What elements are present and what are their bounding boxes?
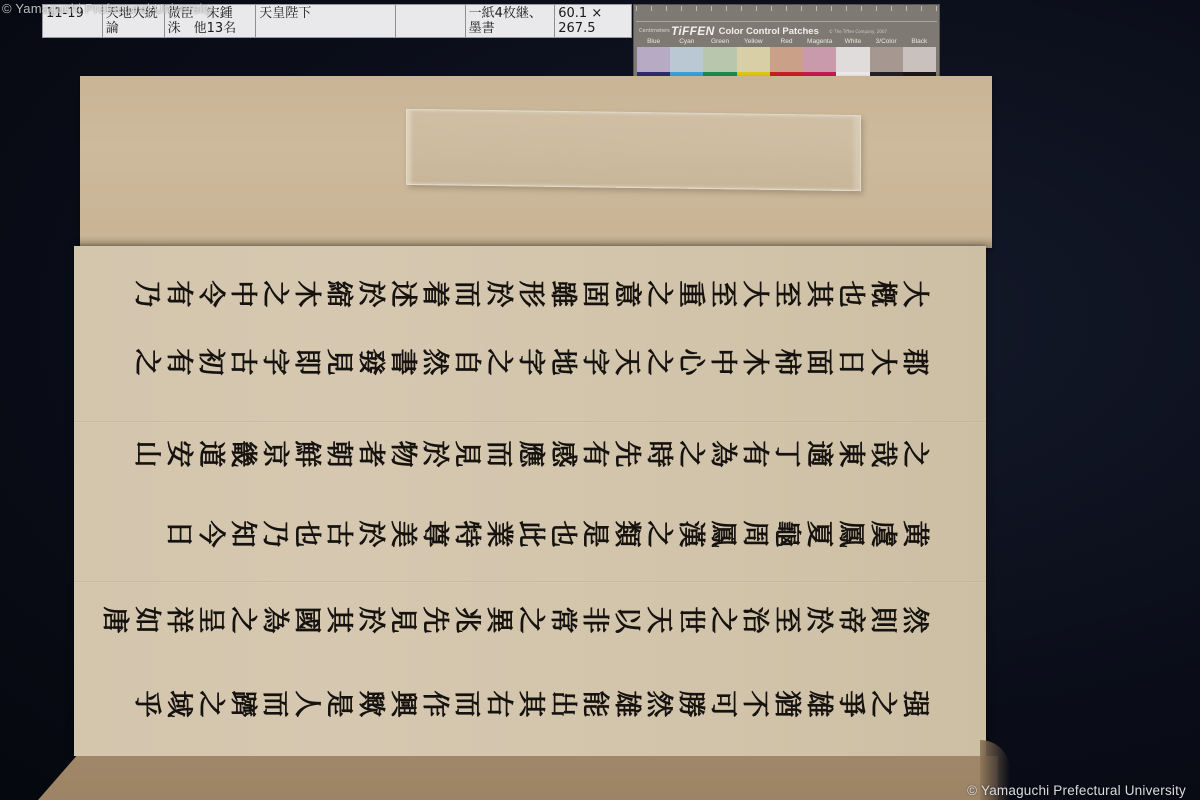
glyph: 大 xyxy=(866,346,898,378)
glyph: 鳳 xyxy=(834,518,866,550)
glyph: 固 xyxy=(578,278,610,310)
text-column: 郡大日面柿木中心之天字地字之自然書發見即字古初有之 xyxy=(130,342,930,382)
glyph: 大 xyxy=(898,278,930,310)
glyph: 之 xyxy=(642,278,674,310)
glyph: 可 xyxy=(706,688,738,720)
glyph: 哉 xyxy=(866,438,898,470)
text-column: 黄虞鳳夏龜周鳳漢之類是也此業特尊美於古也乃知今日 xyxy=(162,514,930,554)
glyph: 字 xyxy=(578,346,610,378)
document-scroll: 大槪也其至大至重之意固雖形於而着述於縮木之中令有乃 郡大日面柿木中心之天字地字之… xyxy=(0,0,1200,800)
glyph: 畿 xyxy=(226,438,258,470)
glyph: 之 xyxy=(226,604,258,636)
glyph: 虞 xyxy=(866,518,898,550)
calligraphy-text: 大槪也其至大至重之意固雖形於而着述於縮木之中令有乃 郡大日面柿木中心之天字地字之… xyxy=(96,262,966,750)
glyph: 之 xyxy=(642,346,674,378)
glyph: 而 xyxy=(450,688,482,720)
glyph: 形 xyxy=(514,278,546,310)
glyph: 於 xyxy=(354,604,386,636)
glyph: 朝 xyxy=(322,438,354,470)
glyph: 而 xyxy=(258,688,290,720)
glyph: 縮 xyxy=(322,278,354,310)
glyph: 出 xyxy=(546,688,578,720)
glyph: 見 xyxy=(386,604,418,636)
glyph: 然 xyxy=(418,346,450,378)
glyph: 之 xyxy=(706,604,738,636)
glyph: 應 xyxy=(514,438,546,470)
glyph: 則 xyxy=(866,604,898,636)
glyph: 强 xyxy=(898,688,930,720)
glyph: 此 xyxy=(514,518,546,550)
glyph: 於 xyxy=(418,438,450,470)
glyph: 尊 xyxy=(418,518,450,550)
glyph: 至 xyxy=(770,278,802,310)
glyph: 如 xyxy=(130,604,162,636)
glyph: 其 xyxy=(514,688,546,720)
glyph: 槪 xyxy=(866,278,898,310)
glyph: 也 xyxy=(546,518,578,550)
glyph: 為 xyxy=(706,438,738,470)
glyph: 爭 xyxy=(834,688,866,720)
glyph: 然 xyxy=(898,604,930,636)
glyph: 知 xyxy=(226,518,258,550)
glyph: 意 xyxy=(610,278,642,310)
glyph: 面 xyxy=(802,346,834,378)
glyph: 唐 xyxy=(98,604,130,636)
glyph: 感 xyxy=(546,438,578,470)
watermark-bottom: © Yamaguchi Prefectural University xyxy=(967,783,1186,798)
glyph: 安 xyxy=(162,438,194,470)
glyph: 人 xyxy=(290,688,322,720)
glyph: 兆 xyxy=(450,604,482,636)
glyph: 先 xyxy=(610,438,642,470)
glyph: 丁 xyxy=(770,438,802,470)
glyph: 日 xyxy=(162,518,194,550)
glyph: 京 xyxy=(258,438,290,470)
glyph: 字 xyxy=(258,346,290,378)
glyph: 乎 xyxy=(130,688,162,720)
text-column: 之哉東適丁有為之時先有感應而見於物者朝鮮京畿道安山 xyxy=(130,434,930,474)
glyph: 類 xyxy=(610,518,642,550)
glyph: 業 xyxy=(482,518,514,550)
glyph: 雖 xyxy=(546,278,578,310)
glyph: 於 xyxy=(354,278,386,310)
glyph: 古 xyxy=(322,518,354,550)
text-column: 大槪也其至大至重之意固雖形於而着述於縮木之中令有乃 xyxy=(130,274,930,314)
glyph: 郡 xyxy=(898,346,930,378)
glyph: 道 xyxy=(194,438,226,470)
glyph: 之 xyxy=(130,346,162,378)
glyph: 日 xyxy=(834,346,866,378)
glyph: 也 xyxy=(290,518,322,550)
glyph: 雄 xyxy=(610,688,642,720)
glyph: 之 xyxy=(674,438,706,470)
glyph: 世 xyxy=(674,604,706,636)
glyph: 之 xyxy=(482,346,514,378)
glyph: 乃 xyxy=(130,278,162,310)
glyph: 古 xyxy=(226,346,258,378)
glyph: 柿 xyxy=(770,346,802,378)
glyph: 先 xyxy=(418,604,450,636)
glyph: 至 xyxy=(770,604,802,636)
glyph: 而 xyxy=(450,278,482,310)
glyph: 治 xyxy=(738,604,770,636)
glyph: 祥 xyxy=(162,604,194,636)
glyph: 見 xyxy=(450,438,482,470)
glyph: 初 xyxy=(194,346,226,378)
glyph: 歟 xyxy=(354,688,386,720)
glyph: 帝 xyxy=(834,604,866,636)
glyph: 即 xyxy=(290,346,322,378)
text-column: 强之爭雄猶不可勝然雄能出其右而作興歟是人而躋之域乎 xyxy=(130,684,930,724)
glyph: 右 xyxy=(482,688,514,720)
glyph: 為 xyxy=(258,604,290,636)
glyph: 天 xyxy=(610,346,642,378)
glyph: 也 xyxy=(834,278,866,310)
glyph: 令 xyxy=(194,278,226,310)
glyph: 東 xyxy=(834,438,866,470)
glyph: 鮮 xyxy=(290,438,322,470)
glyph: 其 xyxy=(802,278,834,310)
glyph: 木 xyxy=(290,278,322,310)
glyph: 非 xyxy=(578,604,610,636)
glyph: 者 xyxy=(354,438,386,470)
glyph: 字 xyxy=(514,346,546,378)
glyph: 之 xyxy=(866,688,898,720)
glyph: 異 xyxy=(482,604,514,636)
glyph: 物 xyxy=(386,438,418,470)
glyph: 書 xyxy=(386,346,418,378)
glyph: 於 xyxy=(802,604,834,636)
glyph: 適 xyxy=(802,438,834,470)
glyph: 於 xyxy=(354,518,386,550)
glyph: 之 xyxy=(194,688,226,720)
glyph: 域 xyxy=(162,688,194,720)
glyph: 是 xyxy=(322,688,354,720)
glyph: 有 xyxy=(162,346,194,378)
glyph: 是 xyxy=(578,518,610,550)
glyph: 見 xyxy=(322,346,354,378)
glyph: 地 xyxy=(546,346,578,378)
glyph: 以 xyxy=(610,604,642,636)
glyph: 躋 xyxy=(226,688,258,720)
glyph: 中 xyxy=(706,346,738,378)
glyph: 着 xyxy=(418,278,450,310)
glyph: 黄 xyxy=(898,518,930,550)
glyph: 國 xyxy=(290,604,322,636)
glyph: 心 xyxy=(674,346,706,378)
glyph: 猶 xyxy=(770,688,802,720)
glyph: 勝 xyxy=(674,688,706,720)
glyph: 天 xyxy=(642,604,674,636)
glyph: 有 xyxy=(578,438,610,470)
glyph: 有 xyxy=(162,278,194,310)
glyph: 中 xyxy=(226,278,258,310)
glyph: 特 xyxy=(450,518,482,550)
glyph: 自 xyxy=(450,346,482,378)
glyph: 今 xyxy=(194,518,226,550)
glyph: 興 xyxy=(386,688,418,720)
glyph: 常 xyxy=(546,604,578,636)
glyph: 美 xyxy=(386,518,418,550)
glyph: 之 xyxy=(258,278,290,310)
glyph: 作 xyxy=(418,688,450,720)
glyph: 周 xyxy=(738,518,770,550)
glyph: 雄 xyxy=(802,688,834,720)
glyph: 於 xyxy=(482,278,514,310)
text-column: 然則帝於至治之世天以非常之異兆先見於其國為之呈祥如唐 xyxy=(98,600,930,640)
glyph: 乃 xyxy=(258,518,290,550)
glyph: 重 xyxy=(674,278,706,310)
glyph: 不 xyxy=(738,688,770,720)
glyph: 發 xyxy=(354,346,386,378)
glyph: 而 xyxy=(482,438,514,470)
glyph: 述 xyxy=(386,278,418,310)
glyph: 之 xyxy=(514,604,546,636)
glyph: 漢 xyxy=(674,518,706,550)
glyph: 木 xyxy=(738,346,770,378)
glyph: 龜 xyxy=(770,518,802,550)
glass-paperweight xyxy=(406,109,861,191)
glyph: 時 xyxy=(642,438,674,470)
glyph: 能 xyxy=(578,688,610,720)
glyph: 有 xyxy=(738,438,770,470)
glyph: 至 xyxy=(706,278,738,310)
glyph: 其 xyxy=(322,604,354,636)
glyph: 夏 xyxy=(802,518,834,550)
glyph: 呈 xyxy=(194,604,226,636)
glyph: 大 xyxy=(738,278,770,310)
glyph: 之 xyxy=(898,438,930,470)
glyph: 之 xyxy=(642,518,674,550)
glyph: 然 xyxy=(642,688,674,720)
paper-lower-sheet xyxy=(38,756,998,800)
glyph: 鳳 xyxy=(706,518,738,550)
glyph: 山 xyxy=(130,438,162,470)
